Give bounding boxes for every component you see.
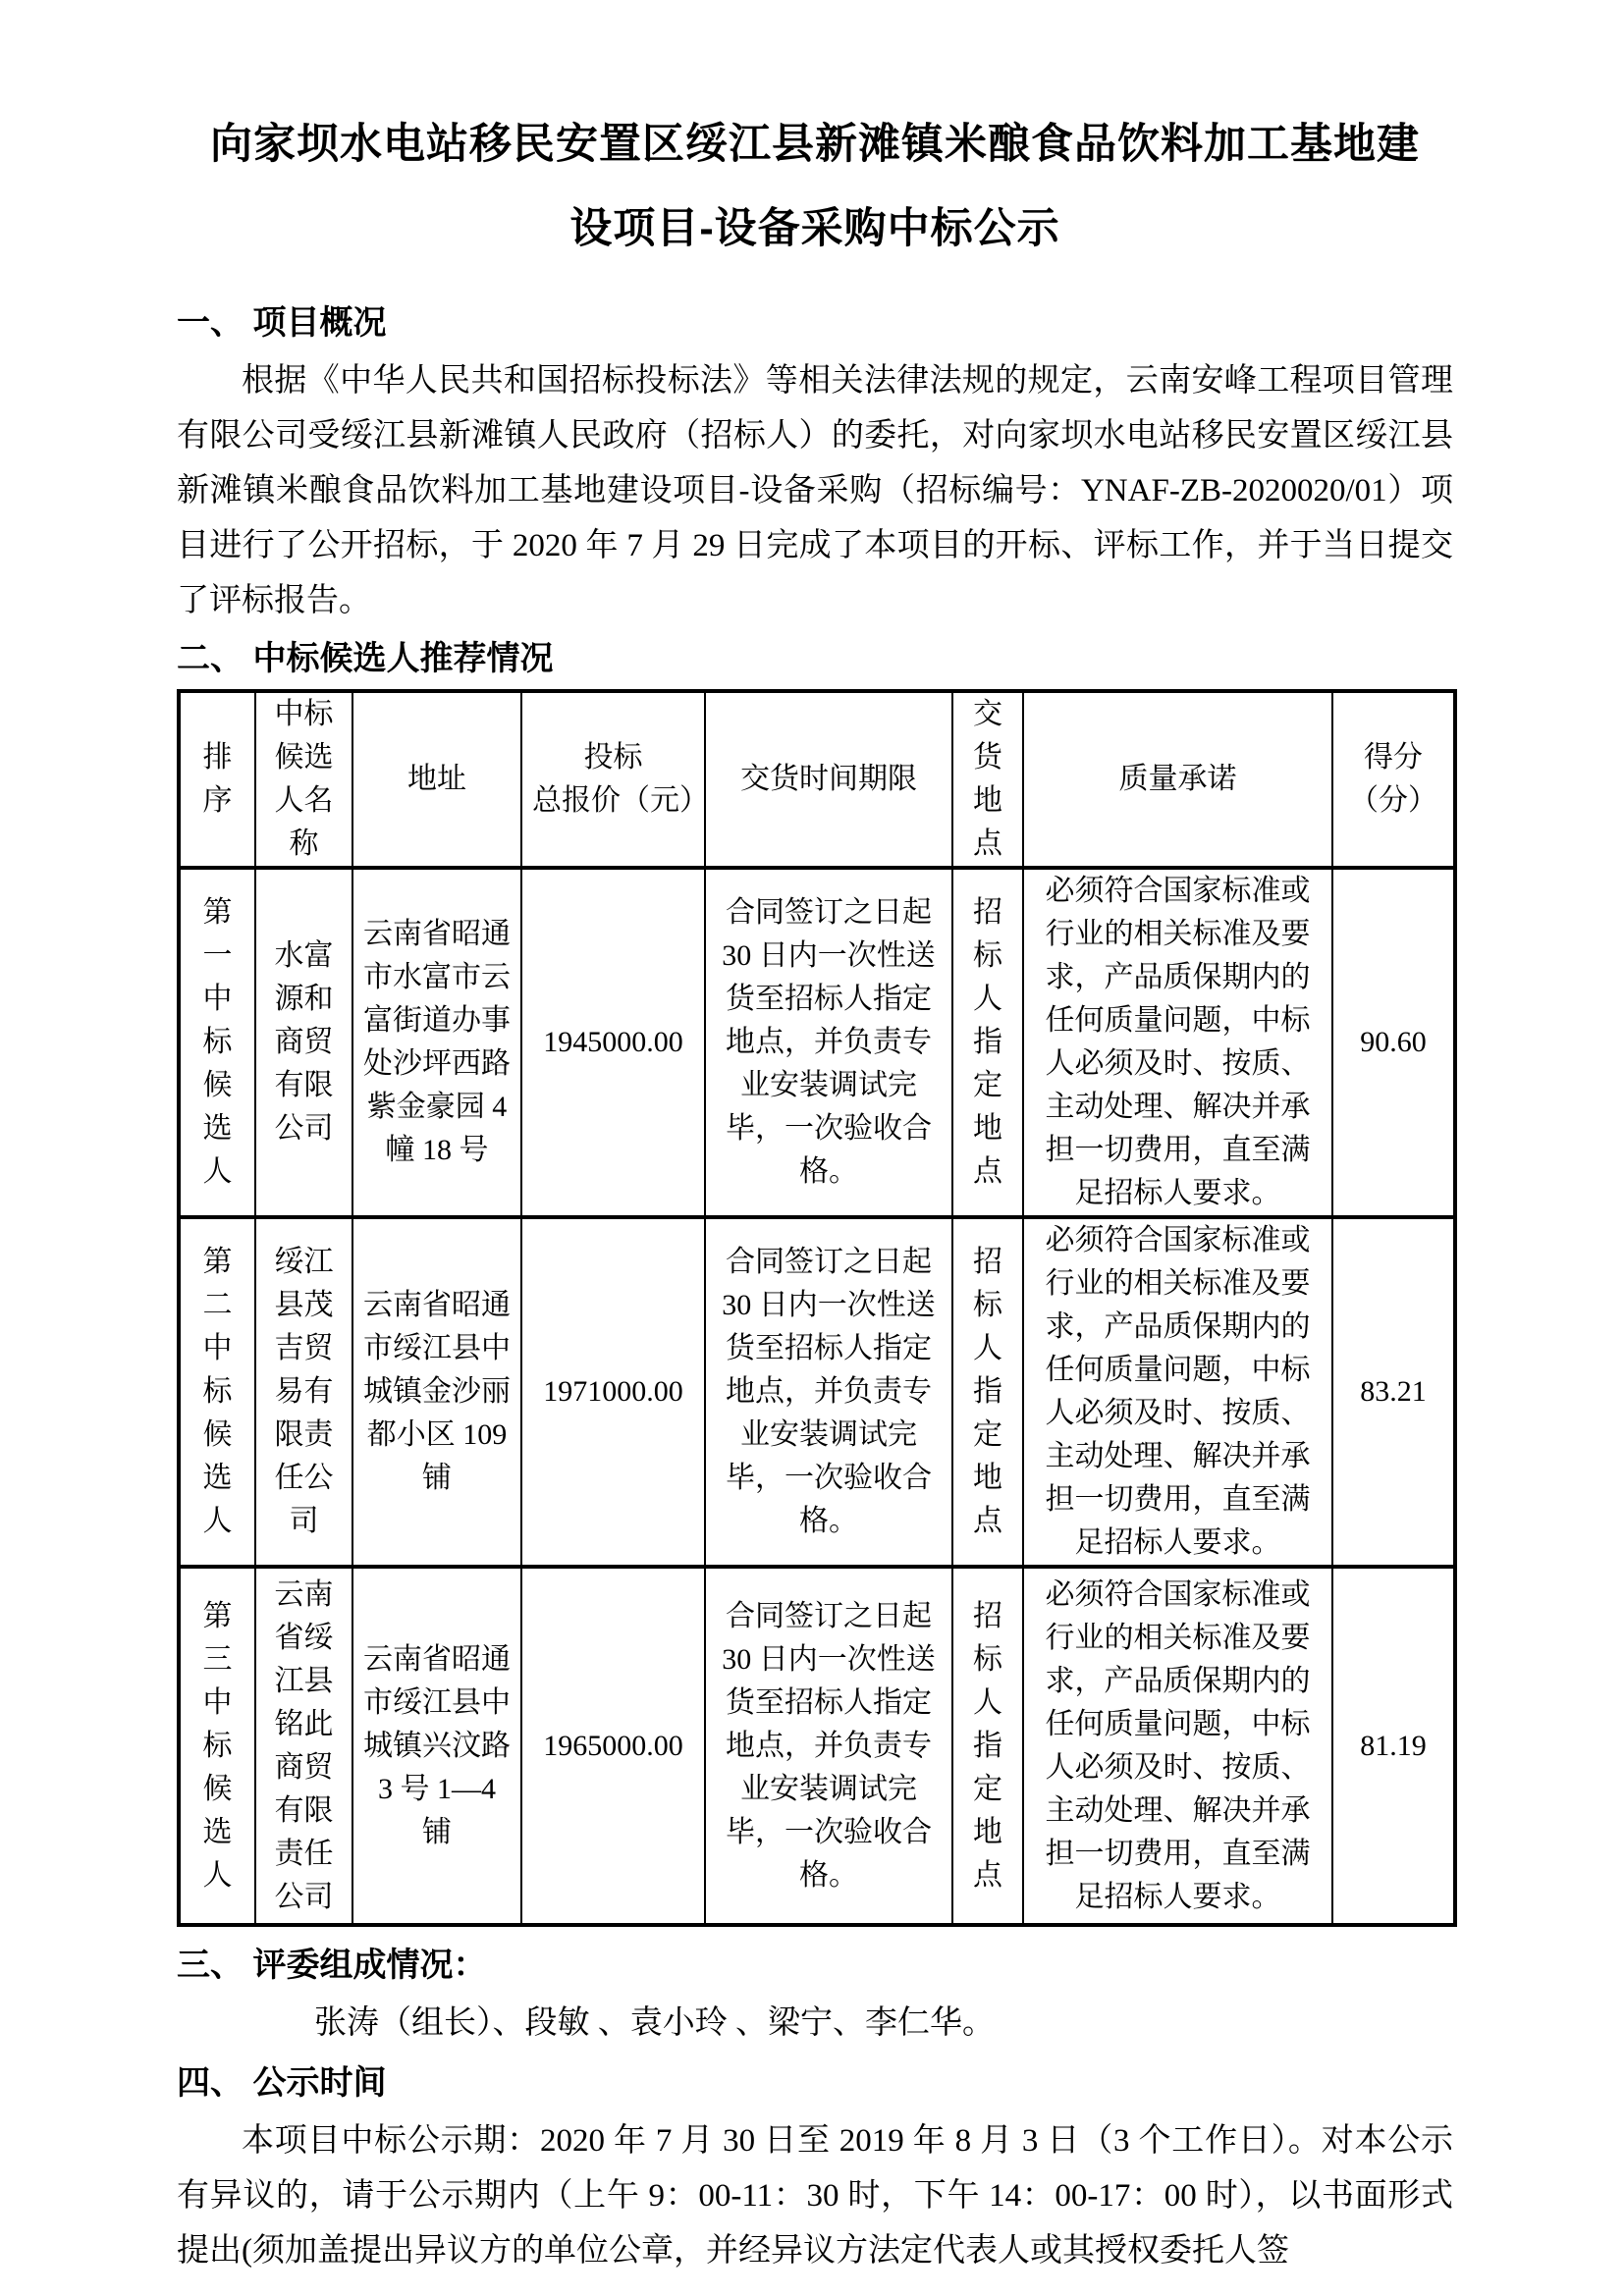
document-title-line-1: 向家坝水电站移民安置区绥江县新滩镇米酿食品饮料加工基地建 xyxy=(210,121,1420,168)
section-2-heading: 二、 中标候选人推荐情况 xyxy=(177,634,1453,683)
bid-price-cell: 1945000.00 xyxy=(521,868,705,1217)
table-row-second-candidate: 第二中标候选人 绥江县茂吉贸易有限责任公司 云南省昭通市绥江县中城镇金沙丽都小区… xyxy=(179,1217,1455,1567)
address-cell: 云南省昭通市绥江县中城镇金沙丽都小区 109 铺 xyxy=(352,1217,521,1567)
table-row-first-candidate: 第一中标候选人 水富源和商贸有限公司 云南省昭通市水富市云富街道办事处沙坪西路紫… xyxy=(179,868,1455,1217)
delivery-place-cell: 招标人指定地点 xyxy=(952,1217,1023,1567)
delivery-time-cell: 合同签订之日起 30 日内一次性送货至招标人指定地点，并负责专业安装调试完毕，一… xyxy=(705,1567,952,1925)
section-4-heading: 四、 公示时间 xyxy=(177,2058,1453,2108)
section-3-heading: 三、 评委组成情况： xyxy=(177,1941,1453,1990)
rank-cell: 第二中标候选人 xyxy=(179,1217,255,1567)
header-score: 得分 （分） xyxy=(1332,691,1455,868)
score-cell: 81.19 xyxy=(1332,1567,1455,1925)
rank-cell: 第三中标候选人 xyxy=(179,1567,255,1925)
section-1-heading: 一、 项目概况 xyxy=(177,298,1453,347)
candidate-name-cell: 云南省绥江县铭此商贸有限责任公司 xyxy=(255,1567,352,1925)
section-4-paragraph: 本项目中标公示期：2020 年 7 月 30 日至 2019 年 8 月 3 日… xyxy=(177,2113,1453,2278)
table-header-row: 排 序 中标 候选 人名 称 地址 投标 总报价（元） 交货时间期限 交 货 地… xyxy=(179,691,1455,868)
header-bid-price: 投标 总报价（元） xyxy=(521,691,705,868)
header-address: 地址 xyxy=(352,691,521,868)
score-cell: 83.21 xyxy=(1332,1217,1455,1567)
quality-commitment-cell: 必须符合国家标准或行业的相关标准及要求，产品质保期内的任何质量问题，中标人必须及… xyxy=(1023,1567,1332,1925)
address-cell: 云南省昭通市水富市云富街道办事处沙坪西路紫金豪园 4 幢 18 号 xyxy=(352,868,521,1217)
document-page: 向家坝水电站移民安置区绥江县新滩镇米酿食品饮料加工基地建 设项目-设备采购中标公… xyxy=(0,0,1624,2296)
document-title-line-2: 设项目-设备采购中标公示 xyxy=(569,205,1059,252)
delivery-time-cell: 合同签订之日起 30 日内一次性送货至招标人指定地点，并负责专业安装调试完毕，一… xyxy=(705,1217,952,1567)
rank-cell: 第一中标候选人 xyxy=(179,868,255,1217)
jury-members-line: 张涛（组长）、段敏 、袁小玲 、梁宁、李仁华。 xyxy=(177,1996,1453,2051)
quality-commitment-cell: 必须符合国家标准或行业的相关标准及要求，产品质保期内的任何质量问题，中标人必须及… xyxy=(1023,868,1332,1217)
bid-price-cell: 1971000.00 xyxy=(521,1217,705,1567)
header-rank: 排 序 xyxy=(179,691,255,868)
score-cell: 90.60 xyxy=(1332,868,1455,1217)
section-1-paragraph: 根据《中华人民共和国招标投标法》等相关法律法规的规定，云南安峰工程项目管理有限公… xyxy=(177,353,1453,628)
table-row-third-candidate: 第三中标候选人 云南省绥江县铭此商贸有限责任公司 云南省昭通市绥江县中城镇兴汶路… xyxy=(179,1567,1455,1925)
bid-price-cell: 1965000.00 xyxy=(521,1567,705,1925)
document-title: 向家坝水电站移民安置区绥江县新滩镇米酿食品饮料加工基地建 设项目-设备采购中标公… xyxy=(177,102,1453,271)
delivery-time-cell: 合同签订之日起 30 日内一次性送货至招标人指定地点，并负责专业安装调试完毕，一… xyxy=(705,868,952,1217)
address-cell: 云南省昭通市绥江县中城镇兴汶路 3 号 1—4 铺 xyxy=(352,1567,521,1925)
bid-candidates-table: 排 序 中标 候选 人名 称 地址 投标 总报价（元） 交货时间期限 交 货 地… xyxy=(177,689,1457,1927)
header-delivery-time: 交货时间期限 xyxy=(705,691,952,868)
delivery-place-cell: 招标人指定地点 xyxy=(952,1567,1023,1925)
header-candidate-name: 中标 候选 人名 称 xyxy=(255,691,352,868)
delivery-place-cell: 招标人指定地点 xyxy=(952,868,1023,1217)
candidate-name-cell: 水富源和商贸有限公司 xyxy=(255,868,352,1217)
header-delivery-place: 交 货 地 点 xyxy=(952,691,1023,868)
candidate-name-cell: 绥江县茂吉贸易有限责任公司 xyxy=(255,1217,352,1567)
header-quality-commitment: 质量承诺 xyxy=(1023,691,1332,868)
quality-commitment-cell: 必须符合国家标准或行业的相关标准及要求，产品质保期内的任何质量问题，中标人必须及… xyxy=(1023,1217,1332,1567)
